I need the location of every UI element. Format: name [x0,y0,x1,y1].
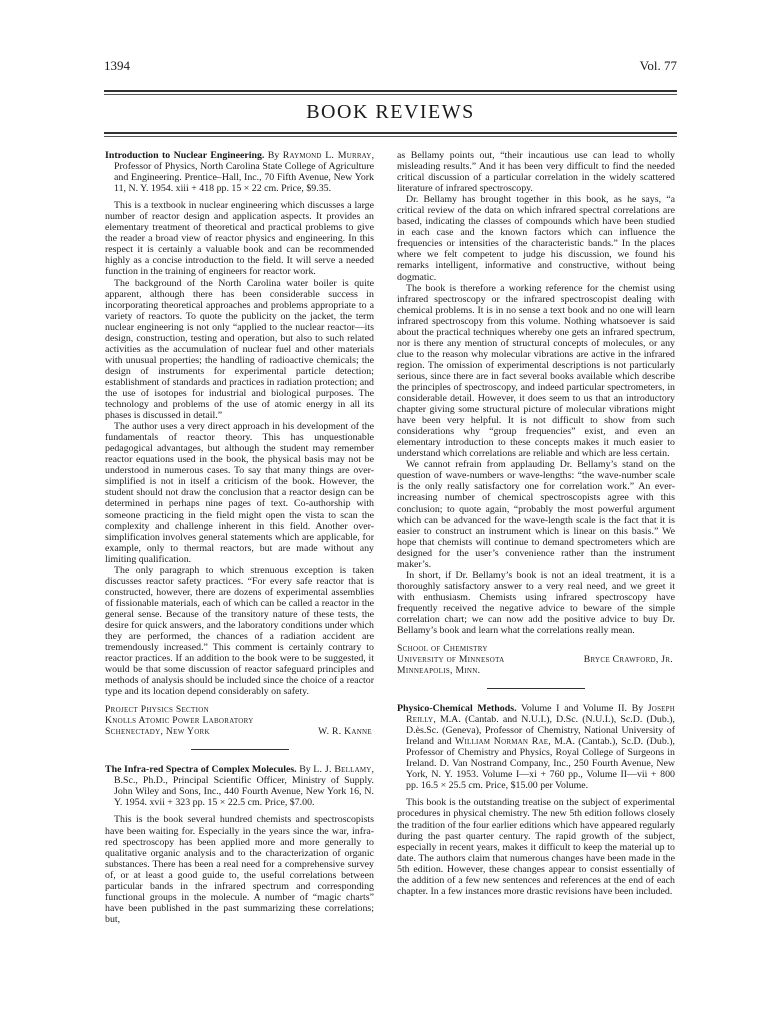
section-title: BOOK REVIEWS [104,101,677,124]
book-citation: Physico-Chemical Methods. Volume I and V… [397,703,675,791]
book-citation: Introduction to Nuclear Engineering. By … [105,150,374,194]
review-physico-chemical-methods: Physico-Chemical Methods. Volume I and V… [397,703,675,897]
page-number: 1394 [104,58,130,74]
book-author-2: William Norman Rae [455,736,548,747]
volume-label: Vol. 77 [640,58,677,74]
reviewer-signature: Project Physics Section Knolls Atomic Po… [105,704,374,737]
review-paragraph: The only paragraph to which strenuous ex… [105,565,374,698]
book-title: Introduction to Nuclear Engineering. [105,150,264,161]
book-title: Physico-Chemical Methods. [397,703,517,714]
book-author: L. J. Bellamy [313,764,371,775]
right-column: as Bellamy points out, “their incautious… [397,150,675,897]
reviewer-name: Bryce Crawford, Jr. [584,654,675,665]
review-paragraph: In short, if Dr. Bellamy’s book is not a… [397,570,675,636]
reviewer-name: W. R. Kanne [318,726,374,737]
header-rule [104,90,677,92]
review-infrared-spectra-continued: as Bellamy points out, “their incautious… [397,150,675,676]
review-paragraph: as Bellamy points out, “their incautious… [397,150,675,194]
book-title: The Infra-red Spectra of Complex Molecul… [105,764,297,775]
title-rule-thin [104,136,677,137]
header-rule-thin [104,94,677,95]
review-paragraph: Dr. Bellamy has brought together in this… [397,194,675,282]
review-nuclear-engineering: Introduction to Nuclear Engineering. By … [105,150,374,737]
review-infrared-spectra: The Infra-red Spectra of Complex Molecul… [105,764,374,925]
review-paragraph: This book is the outstanding treatise on… [397,797,675,896]
book-citation: The Infra-red Spectra of Complex Molecul… [105,764,374,808]
review-paragraph: We cannot refrain from applauding Dr. Be… [397,459,675,569]
book-author: Raymond L. Murray [283,150,372,161]
review-separator [191,749,289,750]
reviewer-signature: School of Chemistry University of Minnes… [397,643,675,676]
reviewer-affiliation: Project Physics Section Knolls Atomic Po… [105,704,254,737]
review-paragraph: The background of the North Carolina wat… [105,278,374,422]
review-paragraph: This is a textbook in nuclear engineerin… [105,200,374,277]
reviewer-affiliation: School of Chemistry University of Minnes… [397,643,504,676]
review-paragraph: The author uses a very direct approach i… [105,421,374,565]
review-separator [487,688,585,689]
review-paragraph: The book is therefore a working referenc… [397,283,675,460]
title-rule [104,132,677,134]
running-head: 1394 Vol. 77 [104,58,677,74]
left-column: Introduction to Nuclear Engineering. By … [105,150,374,925]
review-paragraph: This is the book several hundred chemist… [105,814,374,924]
